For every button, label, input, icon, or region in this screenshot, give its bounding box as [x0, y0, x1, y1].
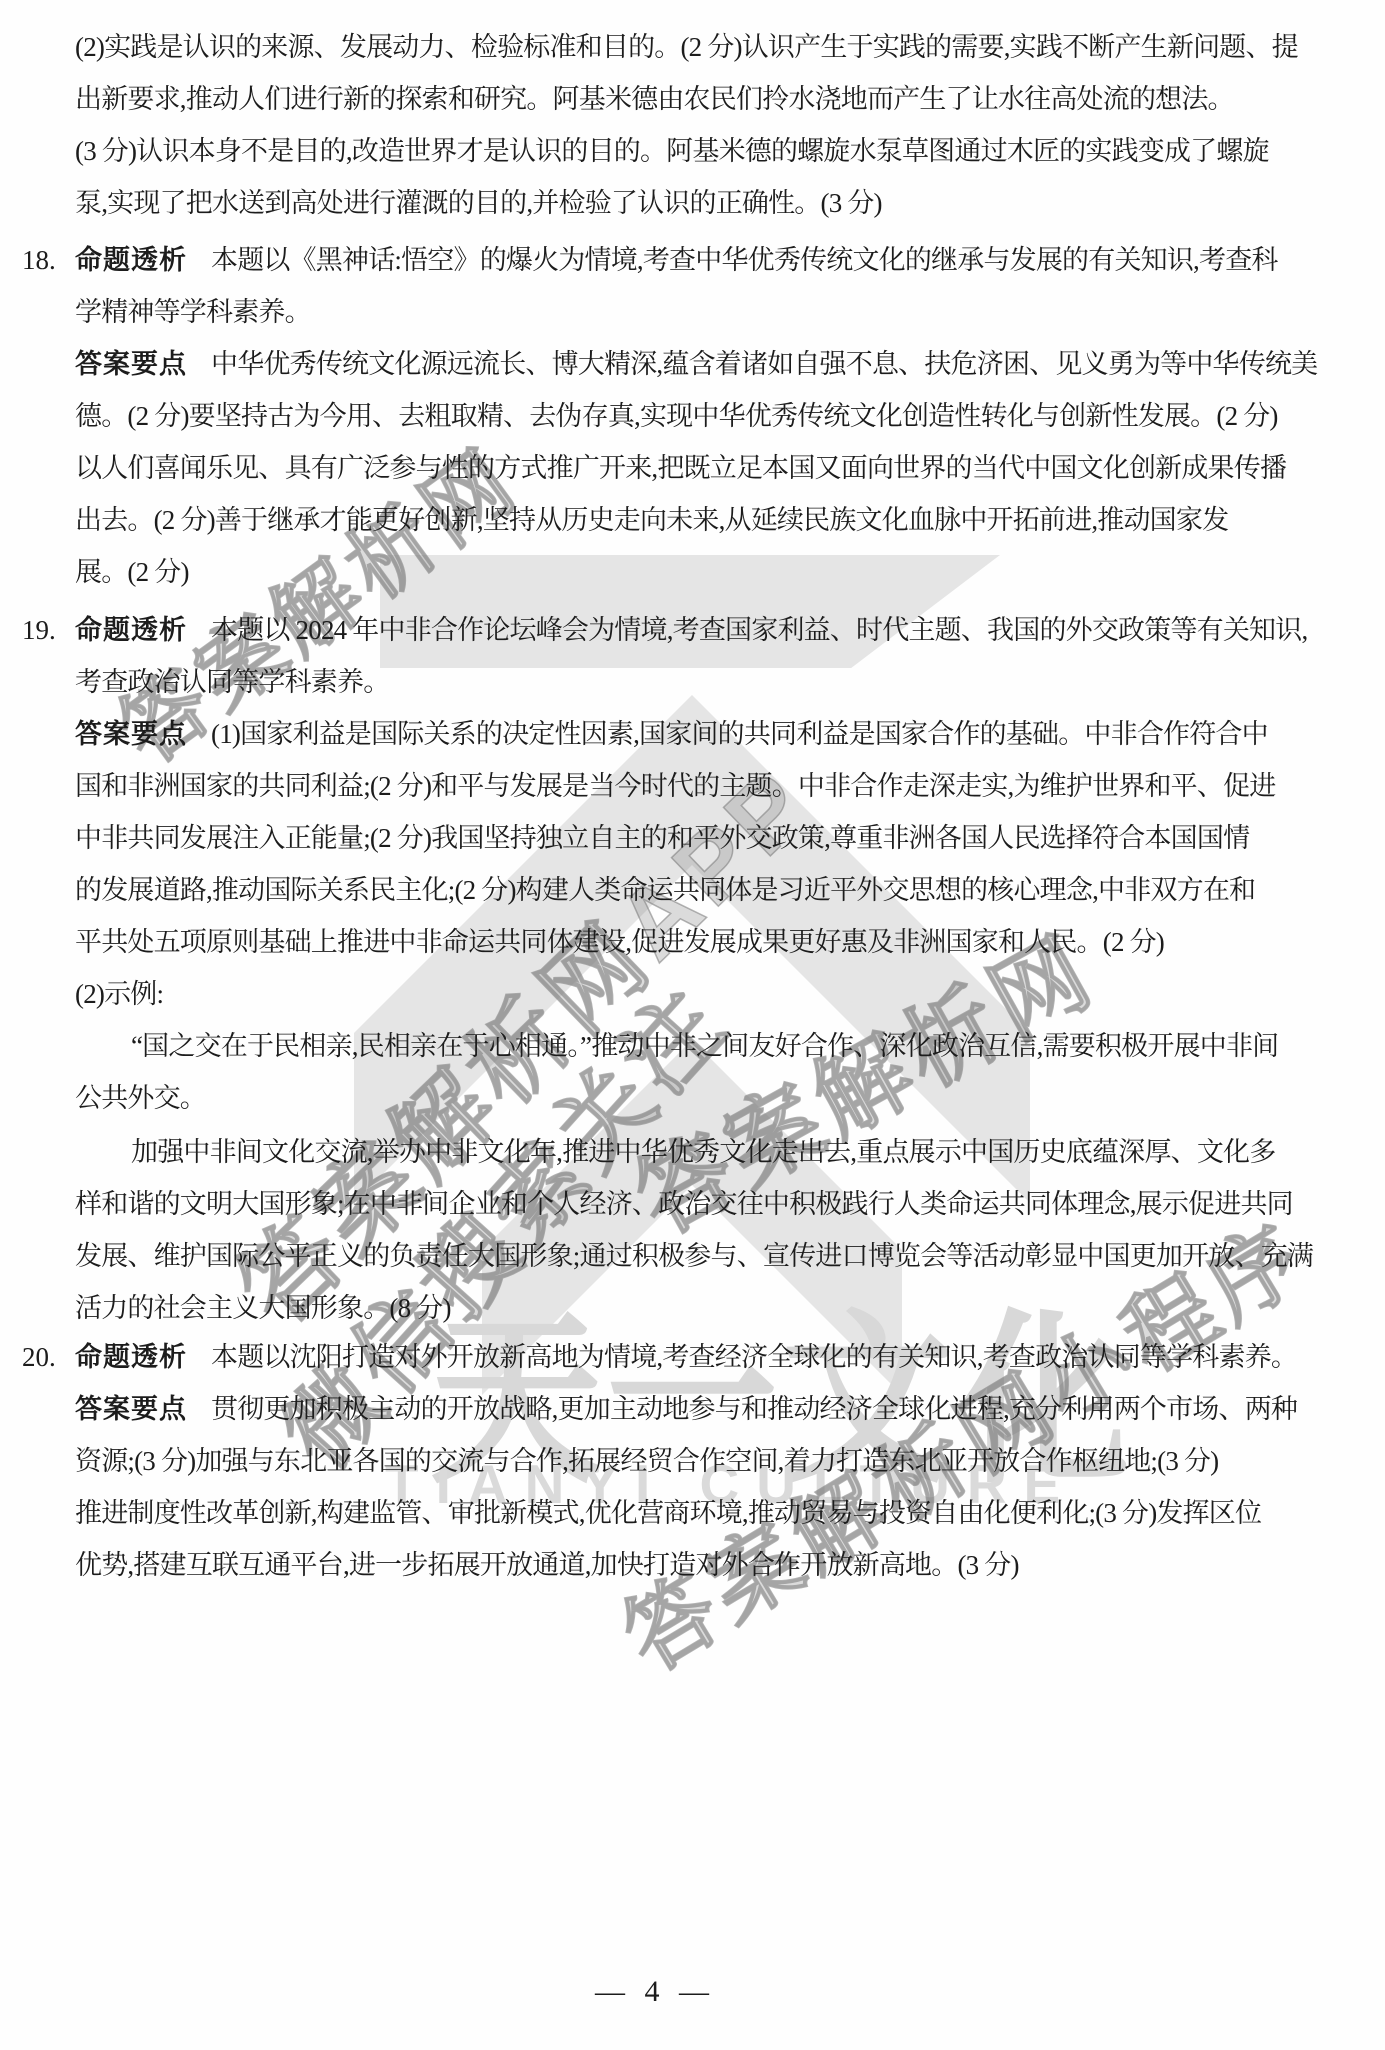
- line-text: 优势,搭建互联互通平台,进一步拓展开放通道,加快打造对外合作开放新高地。(3 分…: [75, 1550, 1019, 1580]
- line-text: 出去。(2 分)善于继承才能更好创新,坚持从历史走向未来,从延续民族文化血脉中开…: [75, 505, 1228, 535]
- line-text: 德。(2 分)要坚持古为今用、去粗取精、去伪存真,实现中华优秀传统文化创造性转化…: [75, 401, 1278, 431]
- text-line: 出新要求,推动人们进行新的探索和研究。阿基米德由农民们拎水浇地而产生了让水往高处…: [75, 79, 1234, 119]
- line-text: 以人们喜闻乐见、具有广泛参与性的方式推广开来,把既立足本国又面向世界的当代中国文…: [75, 453, 1286, 483]
- line-text: 考查政治认同等学科素养。: [75, 667, 389, 697]
- text-line: “国之交在于民相亲,民相亲在于心相通。”推动中非之间友好合作、深化政治互信,需要…: [75, 1026, 1278, 1066]
- section-label: 命题透析: [75, 245, 187, 275]
- text-line: 样和谐的文明大国形象;在中非间企业和个人经济、政治交往中积极践行人类命运共同体理…: [75, 1184, 1293, 1224]
- text-line: 推进制度性改革创新,构建监管、审批新模式,优化营商环境,推动贸易与投资自由化便利…: [75, 1493, 1261, 1533]
- text-line: 泵,实现了把水送到高处进行灌溉的目的,并检验了认识的正确性。(3 分): [75, 183, 882, 223]
- text-line: 19.命题透析本题以 2024 年中非合作论坛峰会为情境,考查国家利益、时代主题…: [75, 610, 1307, 650]
- text-line: 的发展道路,推动国际关系民主化;(2 分)构建人类命运共同体是习近平外交思想的核…: [75, 870, 1255, 910]
- text-line: 20.命题透析本题以沈阳打造对外开放新高地为情境,考查经济全球化的有关知识,考查…: [75, 1337, 1297, 1377]
- text-line: 资源;(3 分)加强与东北亚各国的交流与合作,拓展经贸合作空间,着力打造东北亚开…: [75, 1441, 1218, 1481]
- line-text: (3 分)认识本身不是目的,改造世界才是认识的目的。阿基米德的螺旋水泵草图通过木…: [75, 136, 1269, 166]
- text-line: (3 分)认识本身不是目的,改造世界才是认识的目的。阿基米德的螺旋水泵草图通过木…: [75, 131, 1269, 171]
- section-label: 答案要点: [75, 719, 187, 749]
- item-number: 20.: [22, 1337, 56, 1377]
- line-text: 本题以沈阳打造对外开放新高地为情境,考查经济全球化的有关知识,考查政治认同等学科…: [211, 1342, 1297, 1372]
- line-text: 加强中非间文化交流,举办中非文化年,推进中华优秀文化走出去,重点展示中国历史底蕴…: [131, 1137, 1275, 1167]
- text-line: 考查政治认同等学科素养。: [75, 662, 389, 702]
- page-number: — 4 —: [0, 1975, 1310, 2009]
- line-text: 中华优秀传统文化源远流长、博大精深,蕴含着诸如自强不息、扶危济困、见义勇为等中华…: [211, 349, 1317, 379]
- text-line: 中非共同发展注入正能量;(2 分)我国坚持独立自主的和平外交政策,尊重非洲各国人…: [75, 818, 1249, 858]
- document-page: 天一文化 TIANYI CULTURE 答案解析网答案解析网APP答案解析网微信…: [0, 0, 1385, 2050]
- line-text: 样和谐的文明大国形象;在中非间企业和个人经济、政治交往中积极践行人类命运共同体理…: [75, 1189, 1293, 1219]
- text-line: 活力的社会主义大国形象。(8 分): [75, 1288, 451, 1328]
- line-text: 出新要求,推动人们进行新的探索和研究。阿基米德由农民们拎水浇地而产生了让水往高处…: [75, 84, 1234, 114]
- line-text: 平共处五项原则基础上推进中非命运共同体建设,促进发展成果更好惠及非洲国家和人民。…: [75, 927, 1164, 957]
- line-text: (1)国家利益是国际关系的决定性因素,国家间的共同利益是国家合作的基础。中非合作…: [211, 719, 1268, 749]
- line-text: (2)实践是认识的来源、发展动力、检验标准和目的。(2 分)认识产生于实践的需要…: [75, 32, 1298, 62]
- line-text: 本题以 2024 年中非合作论坛峰会为情境,考查国家利益、时代主题、我国的外交政…: [211, 615, 1307, 645]
- line-text: 贯彻更加积极主动的开放战略,更加主动地参与和推动经济全球化进程,充分利用两个市场…: [211, 1394, 1297, 1424]
- text-line: 加强中非间文化交流,举办中非文化年,推进中华优秀文化走出去,重点展示中国历史底蕴…: [75, 1132, 1275, 1172]
- line-text: 推进制度性改革创新,构建监管、审批新模式,优化营商环境,推动贸易与投资自由化便利…: [75, 1498, 1261, 1528]
- text-line: 平共处五项原则基础上推进中非命运共同体建设,促进发展成果更好惠及非洲国家和人民。…: [75, 922, 1164, 962]
- item-number: 18.: [22, 240, 56, 280]
- item-number: 19.: [22, 610, 56, 650]
- line-text: 的发展道路,推动国际关系民主化;(2 分)构建人类命运共同体是习近平外交思想的核…: [75, 875, 1255, 905]
- text-line: 以人们喜闻乐见、具有广泛参与性的方式推广开来,把既立足本国又面向世界的当代中国文…: [75, 448, 1286, 488]
- section-label: 答案要点: [75, 349, 187, 379]
- line-text: “国之交在于民相亲,民相亲在于心相通。”推动中非之间友好合作、深化政治互信,需要…: [131, 1031, 1278, 1061]
- text-line: 展。(2 分): [75, 552, 189, 592]
- line-text: 学精神等学科素养。: [75, 297, 311, 327]
- line-text: 国和非洲国家的共同利益;(2 分)和平与发展是当今时代的主题。中非合作走深走实,…: [75, 771, 1275, 801]
- text-line: (2)实践是认识的来源、发展动力、检验标准和目的。(2 分)认识产生于实践的需要…: [75, 27, 1298, 67]
- line-text: 泵,实现了把水送到高处进行灌溉的目的,并检验了认识的正确性。(3 分): [75, 188, 882, 218]
- line-text: 发展、维护国际公平正义的负责任大国形象;通过积极参与、宣传进口博览会等活动彰显中…: [75, 1241, 1313, 1271]
- text-line: 优势,搭建互联互通平台,进一步拓展开放通道,加快打造对外合作开放新高地。(3 分…: [75, 1545, 1019, 1585]
- text-line: (2)示例:: [75, 974, 163, 1014]
- text-line: 18.命题透析本题以《黑神话:悟空》的爆火为情境,考查中华优秀传统文化的继承与发…: [75, 240, 1278, 280]
- line-text: 中非共同发展注入正能量;(2 分)我国坚持独立自主的和平外交政策,尊重非洲各国人…: [75, 823, 1249, 853]
- text-line: 答案要点中华优秀传统文化源远流长、博大精深,蕴含着诸如自强不息、扶危济困、见义勇…: [75, 344, 1317, 384]
- text-line: 发展、维护国际公平正义的负责任大国形象;通过积极参与、宣传进口博览会等活动彰显中…: [75, 1236, 1313, 1276]
- line-text: 公共外交。: [75, 1083, 206, 1113]
- text-line: 国和非洲国家的共同利益;(2 分)和平与发展是当今时代的主题。中非合作走深走实,…: [75, 766, 1275, 806]
- line-text: (2)示例:: [75, 979, 163, 1009]
- section-label: 命题透析: [75, 1342, 187, 1372]
- text-line: 德。(2 分)要坚持古为今用、去粗取精、去伪存真,实现中华优秀传统文化创造性转化…: [75, 396, 1278, 436]
- section-label: 答案要点: [75, 1394, 187, 1424]
- text-line: 学精神等学科素养。: [75, 292, 311, 332]
- section-label: 命题透析: [75, 615, 187, 645]
- text-line: 答案要点(1)国家利益是国际关系的决定性因素,国家间的共同利益是国家合作的基础。…: [75, 714, 1268, 754]
- text-line: 公共外交。: [75, 1078, 206, 1118]
- text-line: 答案要点贯彻更加积极主动的开放战略,更加主动地参与和推动经济全球化进程,充分利用…: [75, 1389, 1297, 1429]
- line-text: 本题以《黑神话:悟空》的爆火为情境,考查中华优秀传统文化的继承与发展的有关知识,…: [211, 245, 1278, 275]
- line-text: 资源;(3 分)加强与东北亚各国的交流与合作,拓展经贸合作空间,着力打造东北亚开…: [75, 1446, 1218, 1476]
- line-text: 活力的社会主义大国形象。(8 分): [75, 1293, 451, 1323]
- line-text: 展。(2 分): [75, 557, 189, 587]
- text-line: 出去。(2 分)善于继承才能更好创新,坚持从历史走向未来,从延续民族文化血脉中开…: [75, 500, 1228, 540]
